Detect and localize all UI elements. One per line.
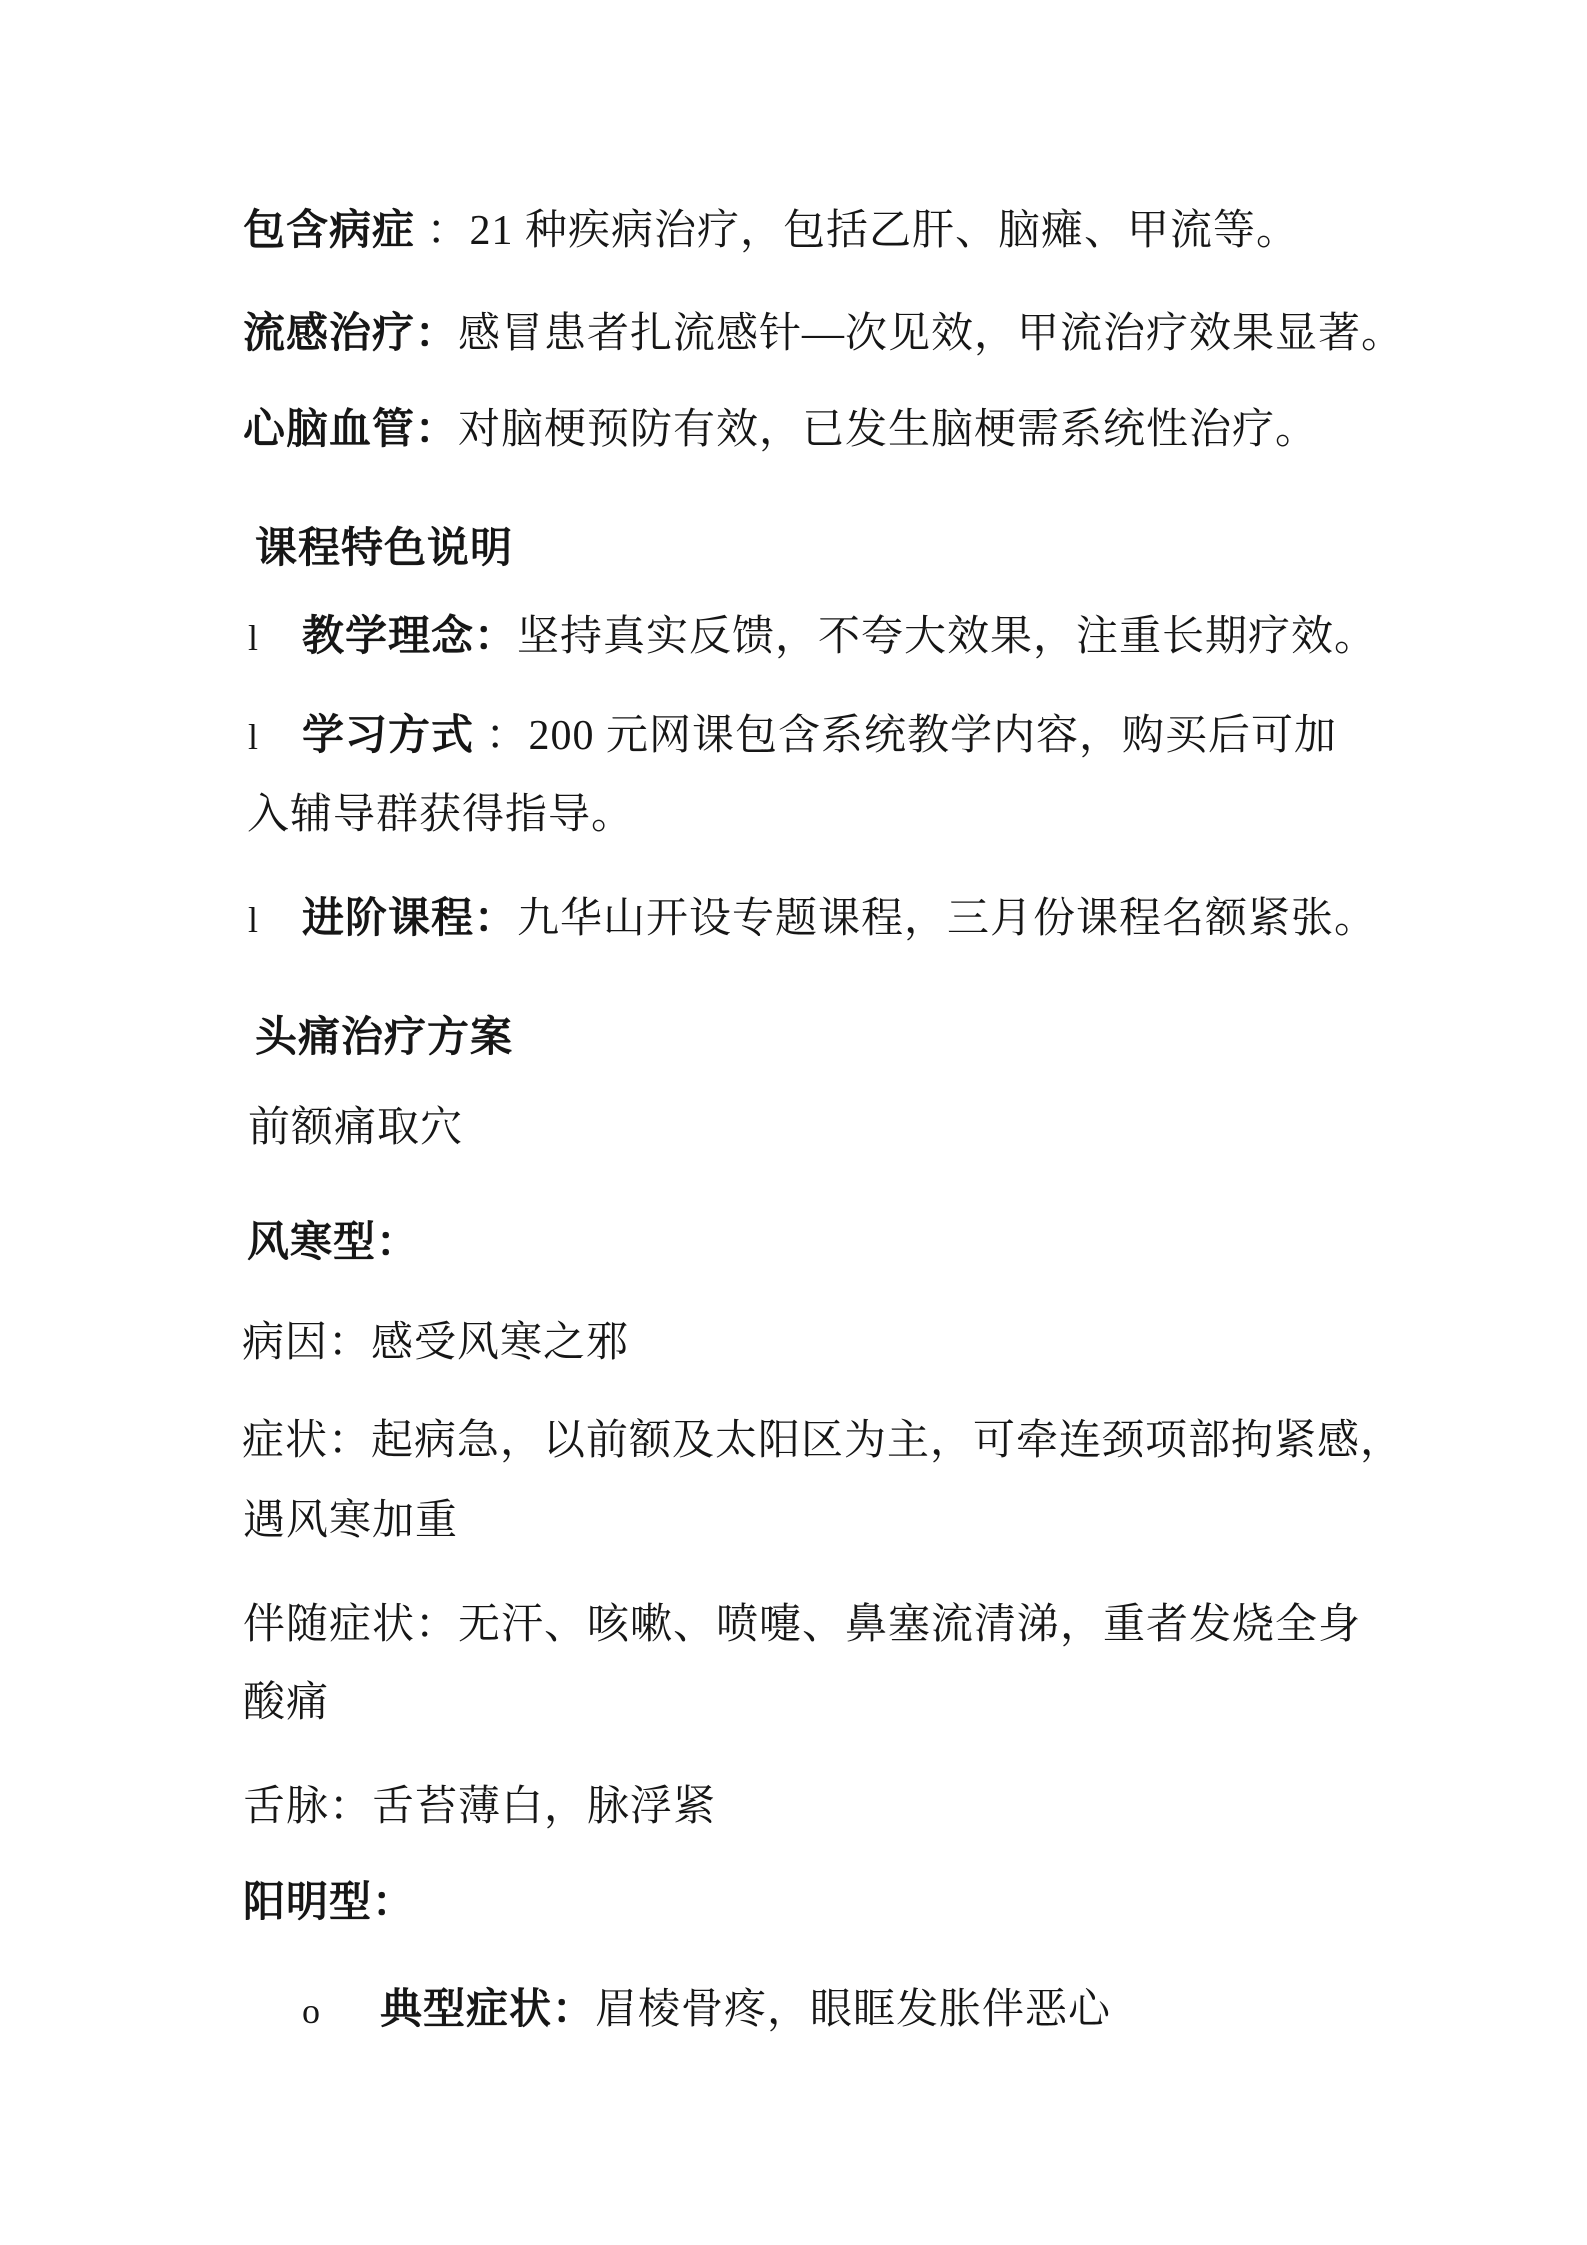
run-text: 酸痛: [243, 1680, 329, 1726]
run-text: ：21 种疾病治疗，包括乙肝、脑瘫、甲流等。: [415, 208, 1299, 254]
paragraph-forehead-acupoints: 前额痛取穴: [248, 1100, 463, 1156]
heading-text: 阳明型：: [243, 1880, 415, 1926]
paragraph-tongue-pulse: 舌脉：舌苔薄白，脉浮紧: [243, 1779, 716, 1835]
paragraph-diseases-included: 包含病症 ：21 种疾病治疗，包括乙肝、脑瘫、甲流等。: [243, 203, 1299, 259]
run-text: 病因：感受风寒之邪: [242, 1320, 629, 1366]
bullet-learning-method-continuation: 入辅导群获得指导。: [247, 787, 634, 843]
run-bold: 进阶课程：: [302, 896, 517, 942]
run-text: 症状：起病急，以前额及太阳区为主，可牵连颈项部拘紧感，: [242, 1418, 1403, 1464]
list-bullet: o: [302, 1983, 380, 2039]
subbullet-typical-symptoms: o典型症状：眉棱骨疼，眼眶发胀伴恶心: [302, 1982, 1111, 2039]
heading-text: 头痛治疗方案: [255, 1015, 513, 1061]
run-text: 坚持真实反馈，不夸大效果，注重长期疗效。: [517, 614, 1377, 660]
list-bullet: l: [248, 709, 302, 765]
paragraph-accompanying-symptoms-line2: 酸痛: [243, 1675, 329, 1731]
list-bullet: l: [248, 892, 302, 948]
run-text: 伴随症状：无汗、咳嗽、喷嚏、鼻塞流清涕，重者发烧全身: [243, 1602, 1361, 1648]
section-heading-course-features: 课程特色说明: [255, 521, 513, 577]
paragraph-symptoms-line2: 遇风寒加重: [243, 1493, 458, 1549]
run-bold: 流感治疗：: [243, 311, 458, 357]
run-text: 入辅导群获得指导。: [247, 792, 634, 838]
bullet-advanced-course: l进阶课程：九华山开设专题课程，三月份课程名额紧张。: [248, 891, 1377, 948]
run-bold: 教学理念：: [302, 614, 517, 660]
heading-text: 课程特色说明: [255, 526, 513, 572]
paragraph-cardiovascular: 心脑血管：对脑梗预防有效，已发生脑梗需系统性治疗。: [243, 402, 1318, 458]
run-text: 眉棱骨疼，眼眶发胀伴恶心: [595, 1987, 1111, 2033]
run-text: 前额痛取穴: [248, 1105, 463, 1151]
run-text: 对脑梗预防有效，已发生脑梗需系统性治疗。: [458, 407, 1318, 453]
run-text: 感冒患者扎流感针—次见效，甲流治疗效果显著。: [458, 311, 1404, 357]
paragraph-flu-treatment: 流感治疗：感冒患者扎流感针—次见效，甲流治疗效果显著。: [243, 306, 1404, 362]
paragraph-accompanying-symptoms-line1: 伴随症状：无汗、咳嗽、喷嚏、鼻塞流清涕，重者发烧全身: [243, 1597, 1361, 1653]
subheading-wind-cold-type: 风寒型：: [247, 1215, 419, 1271]
run-bold: 典型症状：: [380, 1987, 595, 2033]
section-heading-headache-treatment: 头痛治疗方案: [255, 1010, 513, 1066]
paragraph-etiology: 病因：感受风寒之邪: [242, 1315, 629, 1371]
run-text: 舌脉：舌苔薄白，脉浮紧: [243, 1784, 716, 1830]
heading-text: 风寒型：: [247, 1220, 419, 1266]
list-bullet: l: [248, 610, 302, 666]
run-bold: 学习方式: [302, 713, 474, 759]
run-bold: 心脑血管：: [243, 407, 458, 453]
run-text: ：200 元网课包含系统教学内容，购买后可加: [474, 713, 1337, 759]
document-page: 包含病症 ：21 种疾病治疗，包括乙肝、脑瘫、甲流等。 流感治疗：感冒患者扎流感…: [0, 0, 1587, 2245]
paragraph-symptoms-line1: 症状：起病急，以前额及太阳区为主，可牵连颈项部拘紧感，: [242, 1413, 1403, 1469]
subheading-yangming-type: 阳明型：: [243, 1875, 415, 1931]
bullet-teaching-philosophy: l教学理念：坚持真实反馈，不夸大效果，注重长期疗效。: [248, 609, 1377, 666]
bullet-learning-method: l学习方式 ：200 元网课包含系统教学内容，购买后可加: [248, 708, 1337, 765]
run-text: 九华山开设专题课程，三月份课程名额紧张。: [517, 896, 1377, 942]
run-text: 遇风寒加重: [243, 1498, 458, 1544]
run-bold: 包含病症: [243, 208, 415, 254]
